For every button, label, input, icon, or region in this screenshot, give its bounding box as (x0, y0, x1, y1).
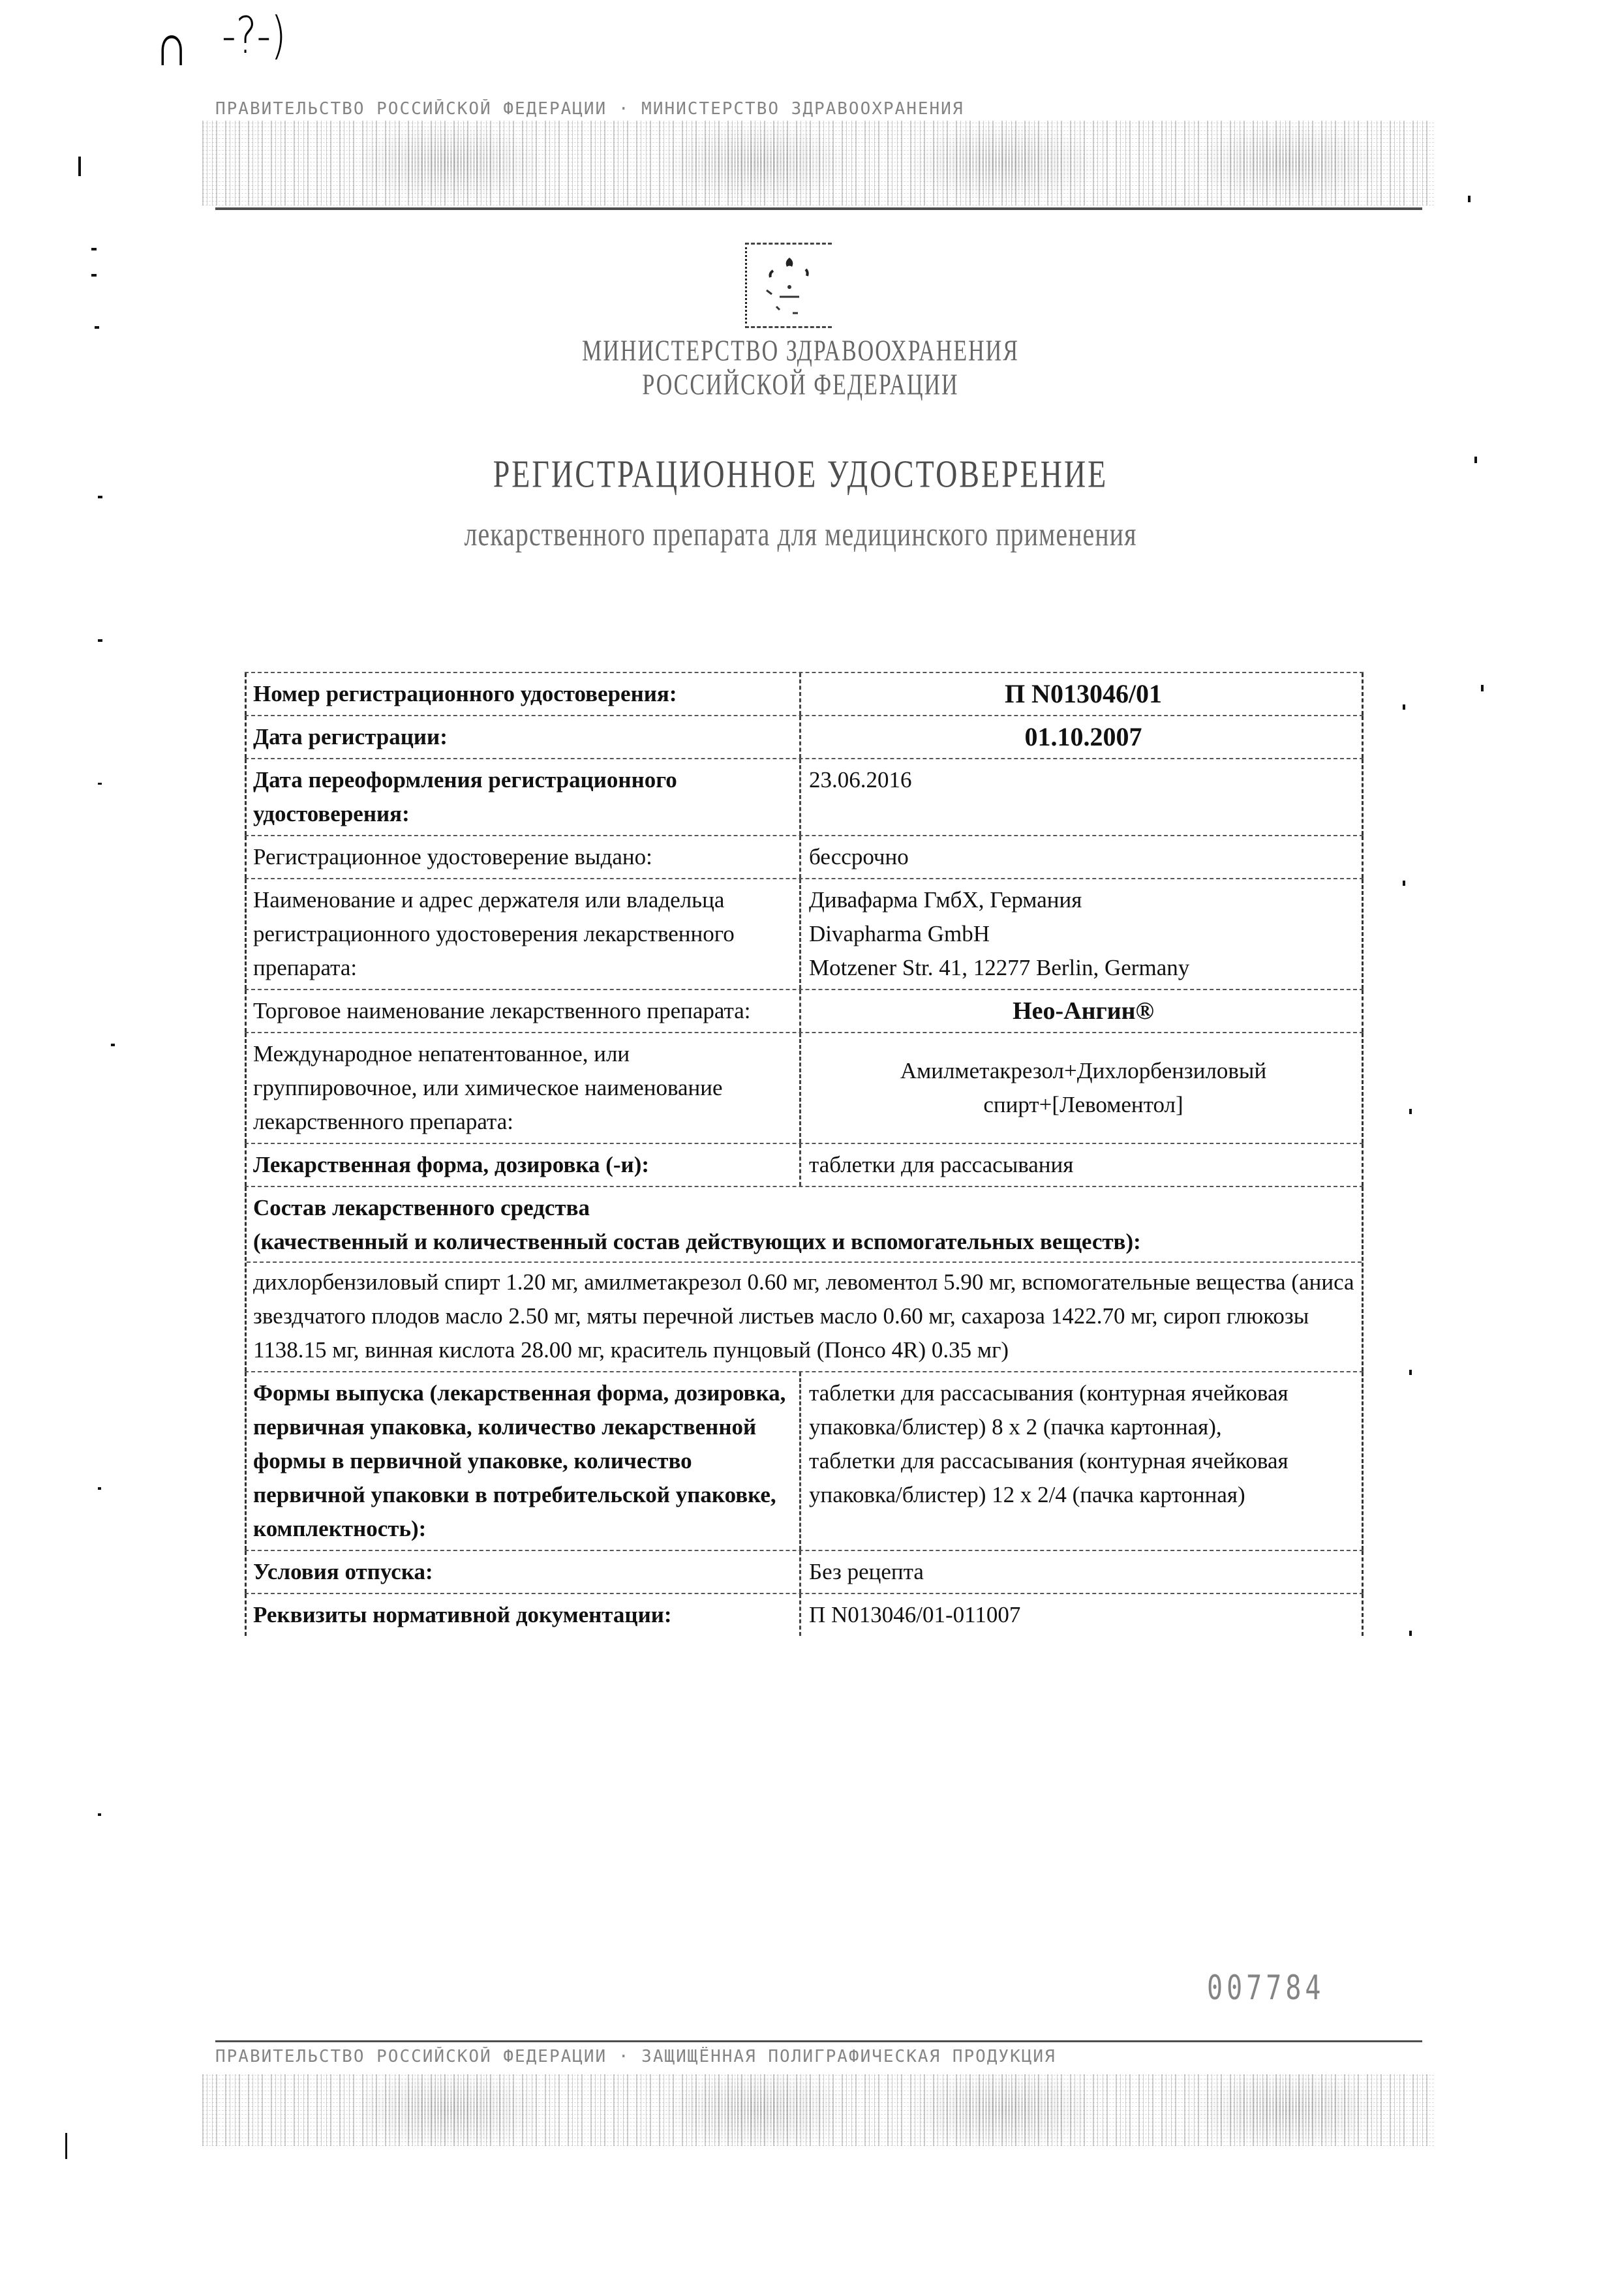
table-row-trade-name: Торговое наименование лекарственного пре… (245, 990, 1364, 1033)
normative-docs-value: П N013046/01-011007 (799, 1594, 1364, 1636)
document-title: РЕГИСТРАЦИОННОЕ УДОСТОВЕРЕНИЕ (0, 451, 1601, 496)
composition-subheader: (качественный и количественный состав де… (253, 1225, 1358, 1259)
dispensing-value: Без рецепта (799, 1551, 1364, 1593)
release-form-2: таблетки для рассасывания (контурная яче… (809, 1444, 1358, 1512)
footer-ornament-band (202, 2074, 1435, 2146)
certificate-table: Номер регистрационного удостоверения: П … (245, 672, 1364, 1636)
reissue-date-value: 23.06.2016 (799, 759, 1364, 835)
field-label: Международное непатентованное, или групп… (245, 1033, 799, 1143)
holder-name-en: Divapharma GmbH (809, 917, 1358, 951)
serial-number: 007784 (1207, 1969, 1325, 2008)
inn-line-1: Амилметакрезол+Дихлорбензиловый (809, 1054, 1358, 1088)
table-row-dispensing: Условия отпуска: Без рецепта (245, 1551, 1364, 1594)
composition-cell: Состав лекарственного средства (качестве… (245, 1187, 1364, 1371)
dosage-form-value: таблетки для рассасывания (799, 1144, 1364, 1186)
inn-value: Амилметакрезол+Дихлорбензиловый спирт+[Л… (799, 1033, 1364, 1143)
table-row-registration-number: Номер регистрационного удостоверения: П … (245, 672, 1364, 716)
holder-name-ru: Дивафарма ГмбХ, Германия (809, 883, 1358, 917)
composition-body: дихлорбензиловый спирт 1.20 мг, амилмета… (247, 1261, 1362, 1367)
table-row-holder: Наименование и адрес держателя или владе… (245, 879, 1364, 990)
field-label: Номер регистрационного удостоверения: (245, 673, 799, 715)
trade-name-value: Нео-Ангин® (799, 990, 1364, 1032)
release-form-1: таблетки для рассасывания (контурная яче… (809, 1376, 1358, 1444)
field-label: Лекарственная форма, дозировка (-и): (245, 1144, 799, 1186)
field-label: Дата переоформления регистрационного удо… (245, 759, 799, 835)
footer-band-rule (215, 2040, 1422, 2042)
table-row-registration-date: Дата регистрации: 01.10.2007 (245, 716, 1364, 759)
document-subtitle: лекарственного препарата для медицинског… (0, 514, 1601, 554)
table-row-reissue-date: Дата переоформления регистрационного удо… (245, 759, 1364, 836)
header-ornament-band (202, 121, 1435, 205)
field-label: Условия отпуска: (245, 1551, 799, 1593)
ministry-name-line1: МИНИСТЕРСТВО ЗДРАВООХРАНЕНИЯ (0, 335, 1601, 368)
table-row-validity: Регистрационное удостоверение выдано: бе… (245, 836, 1364, 879)
composition-header: Состав лекарственного средства (253, 1191, 1358, 1225)
holder-value: Дивафарма ГмбХ, Германия Divapharma GmbH… (799, 879, 1364, 989)
registration-date-value: 01.10.2007 (799, 716, 1364, 758)
table-row-dosage-form: Лекарственная форма, дозировка (-и): таб… (245, 1144, 1364, 1187)
handwritten-mark-right: -?-) (222, 7, 286, 66)
coat-of-arms-icon (745, 243, 832, 328)
registration-number-value: П N013046/01 (799, 673, 1364, 715)
header-band-rule (215, 207, 1422, 210)
table-row-composition: Состав лекарственного средства (качестве… (245, 1187, 1364, 1372)
table-row-normative-docs: Реквизиты нормативной документации: П N0… (245, 1594, 1364, 1636)
ministry-name-line2: РОССИЙСКОЙ ФЕДЕРАЦИИ (0, 369, 1601, 402)
field-label: Формы выпуска (лекарственная форма, дози… (245, 1372, 799, 1550)
inn-line-2: спирт+[Левоментол] (809, 1088, 1358, 1122)
holder-address: Motzener Str. 41, 12277 Berlin, Germany (809, 951, 1358, 985)
field-label: Торговое наименование лекарственного пре… (245, 990, 799, 1032)
header-band-text: ПРАВИТЕЛЬСТВО РОССИЙСКОЙ ФЕДЕРАЦИИ · МИН… (215, 99, 1422, 119)
field-label: Регистрационное удостоверение выдано: (245, 836, 799, 878)
handwritten-mark-left: ∩ (155, 10, 188, 80)
release-forms-value: таблетки для рассасывания (контурная яче… (799, 1372, 1364, 1550)
field-label: Наименование и адрес держателя или владе… (245, 879, 799, 989)
footer-band-text: ПРАВИТЕЛЬСТВО РОССИЙСКОЙ ФЕДЕРАЦИИ · ЗАЩ… (215, 2047, 1422, 2066)
table-row-inn: Международное непатентованное, или групп… (245, 1033, 1364, 1144)
validity-value: бессрочно (799, 836, 1364, 878)
field-label: Дата регистрации: (245, 716, 799, 758)
table-row-release-forms: Формы выпуска (лекарственная форма, дози… (245, 1372, 1364, 1551)
field-label: Реквизиты нормативной документации: (245, 1594, 799, 1636)
